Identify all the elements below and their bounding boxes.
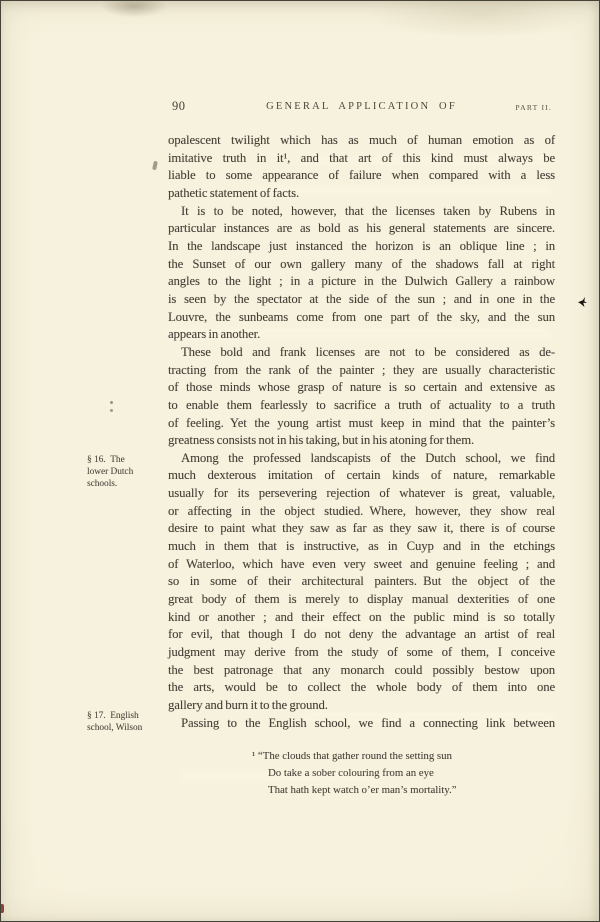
book-page-scan: 90 GENERAL APPLICATION OF PART II. opale… [0,0,600,922]
margin-note-line: schools. [87,479,175,491]
ink-speck [110,401,113,404]
text-line: judgment may derive from the study of so… [168,644,555,662]
text-line: of feeling. Yet the young artist must ke… [168,415,555,433]
text-line: These bold and frank licenses are not to… [168,344,555,362]
part-label: PART II. [515,103,552,112]
text-line: the best patronage that any monarch coul… [168,662,555,680]
margin-note-line: lower Dutch [87,467,175,479]
text-line: Among the professed landscapists of the … [168,450,555,468]
paragraph: It is to be noted, however, that the lic… [168,203,555,344]
paragraph: Passing to the English school, we find a… [168,715,555,733]
text-line: of those minds whose grasp of nature is … [168,379,555,397]
text-line: In the landscape just instanced the hori… [168,238,555,256]
text-line: gallery and burn it to the ground. [168,697,555,715]
text-line: much dexterous imitation of certain kind… [168,467,555,485]
text-line: for evil, that though I do not deny the … [168,626,555,644]
footnote: ¹ “The clouds that gather round the sett… [252,748,456,799]
footnote-line: That hath kept watch o’er man’s mortalit… [268,782,456,799]
text-line: is seen by the spectator at the side of … [168,291,555,309]
text-line: much in them that is instructive, as in … [168,538,555,556]
text-line: to enable them fearlessly to sacrifice a… [168,397,555,415]
text-line: so in some of their architectural painte… [168,573,555,591]
footnote-line: Do take a sober colouring from an eye [268,765,456,782]
text-line: opalescent twilight which has as much of… [168,132,555,150]
text-line: the Sunset of our own gallery many of th… [168,256,555,274]
text-line: appears in another. [168,326,555,344]
text-line: liable to some appearance of failure whe… [168,167,555,185]
text-line: particular instances are as bold as his … [168,220,555,238]
margin-note-line: § 17. English [87,711,175,723]
text-line: the arts, would be to collect the whole … [168,679,555,697]
ink-speck [152,161,158,171]
text-line: usually for its persevering rejection of… [168,485,555,503]
text-line: great body of them is merely to display … [168,591,555,609]
text-line: pathetic statement of facts. [168,185,555,203]
page-edge-mark [1,904,4,913]
body-text: opalescent twilight which has as much of… [168,132,555,732]
text-line: kind or another ; and their effect on th… [168,609,555,627]
paragraph: opalescent twilight which has as much of… [168,132,555,203]
text-line: tracting from the rank of the painter ; … [168,362,555,380]
footnote-line: ¹ “The clouds that gather round the sett… [252,748,456,765]
text-line: Passing to the English school, we find a… [168,715,555,733]
margin-note-line: § 16. The [87,455,175,467]
paragraph: Among the professed landscapists of the … [168,450,555,715]
text-line: or affecting in the object studied. Wher… [168,503,555,521]
text-line: It is to be noted, however, that the lic… [168,203,555,221]
paragraph: These bold and frank licenses are not to… [168,344,555,450]
running-title: GENERAL APPLICATION OF [168,101,555,112]
text-line: angles to the light ; in a picture in th… [168,273,555,291]
text-line: of Waterloo, which have even very sweet … [168,556,555,574]
text-line: imitative truth in it¹, and that art of … [168,150,555,168]
ink-spot [578,297,587,307]
margin-note-line: school, Wilson [87,723,175,735]
margin-note-section-16: § 16. Thelower Dutchschools. [87,455,175,491]
text-line: desire to paint what they saw as far as … [168,520,555,538]
text-line: greatness consists not in his taking, bu… [168,432,555,450]
margin-note-section-17: § 17. Englishschool, Wilson [87,711,175,735]
text-line: Louvre, the sunbeams come from one part … [168,309,555,327]
